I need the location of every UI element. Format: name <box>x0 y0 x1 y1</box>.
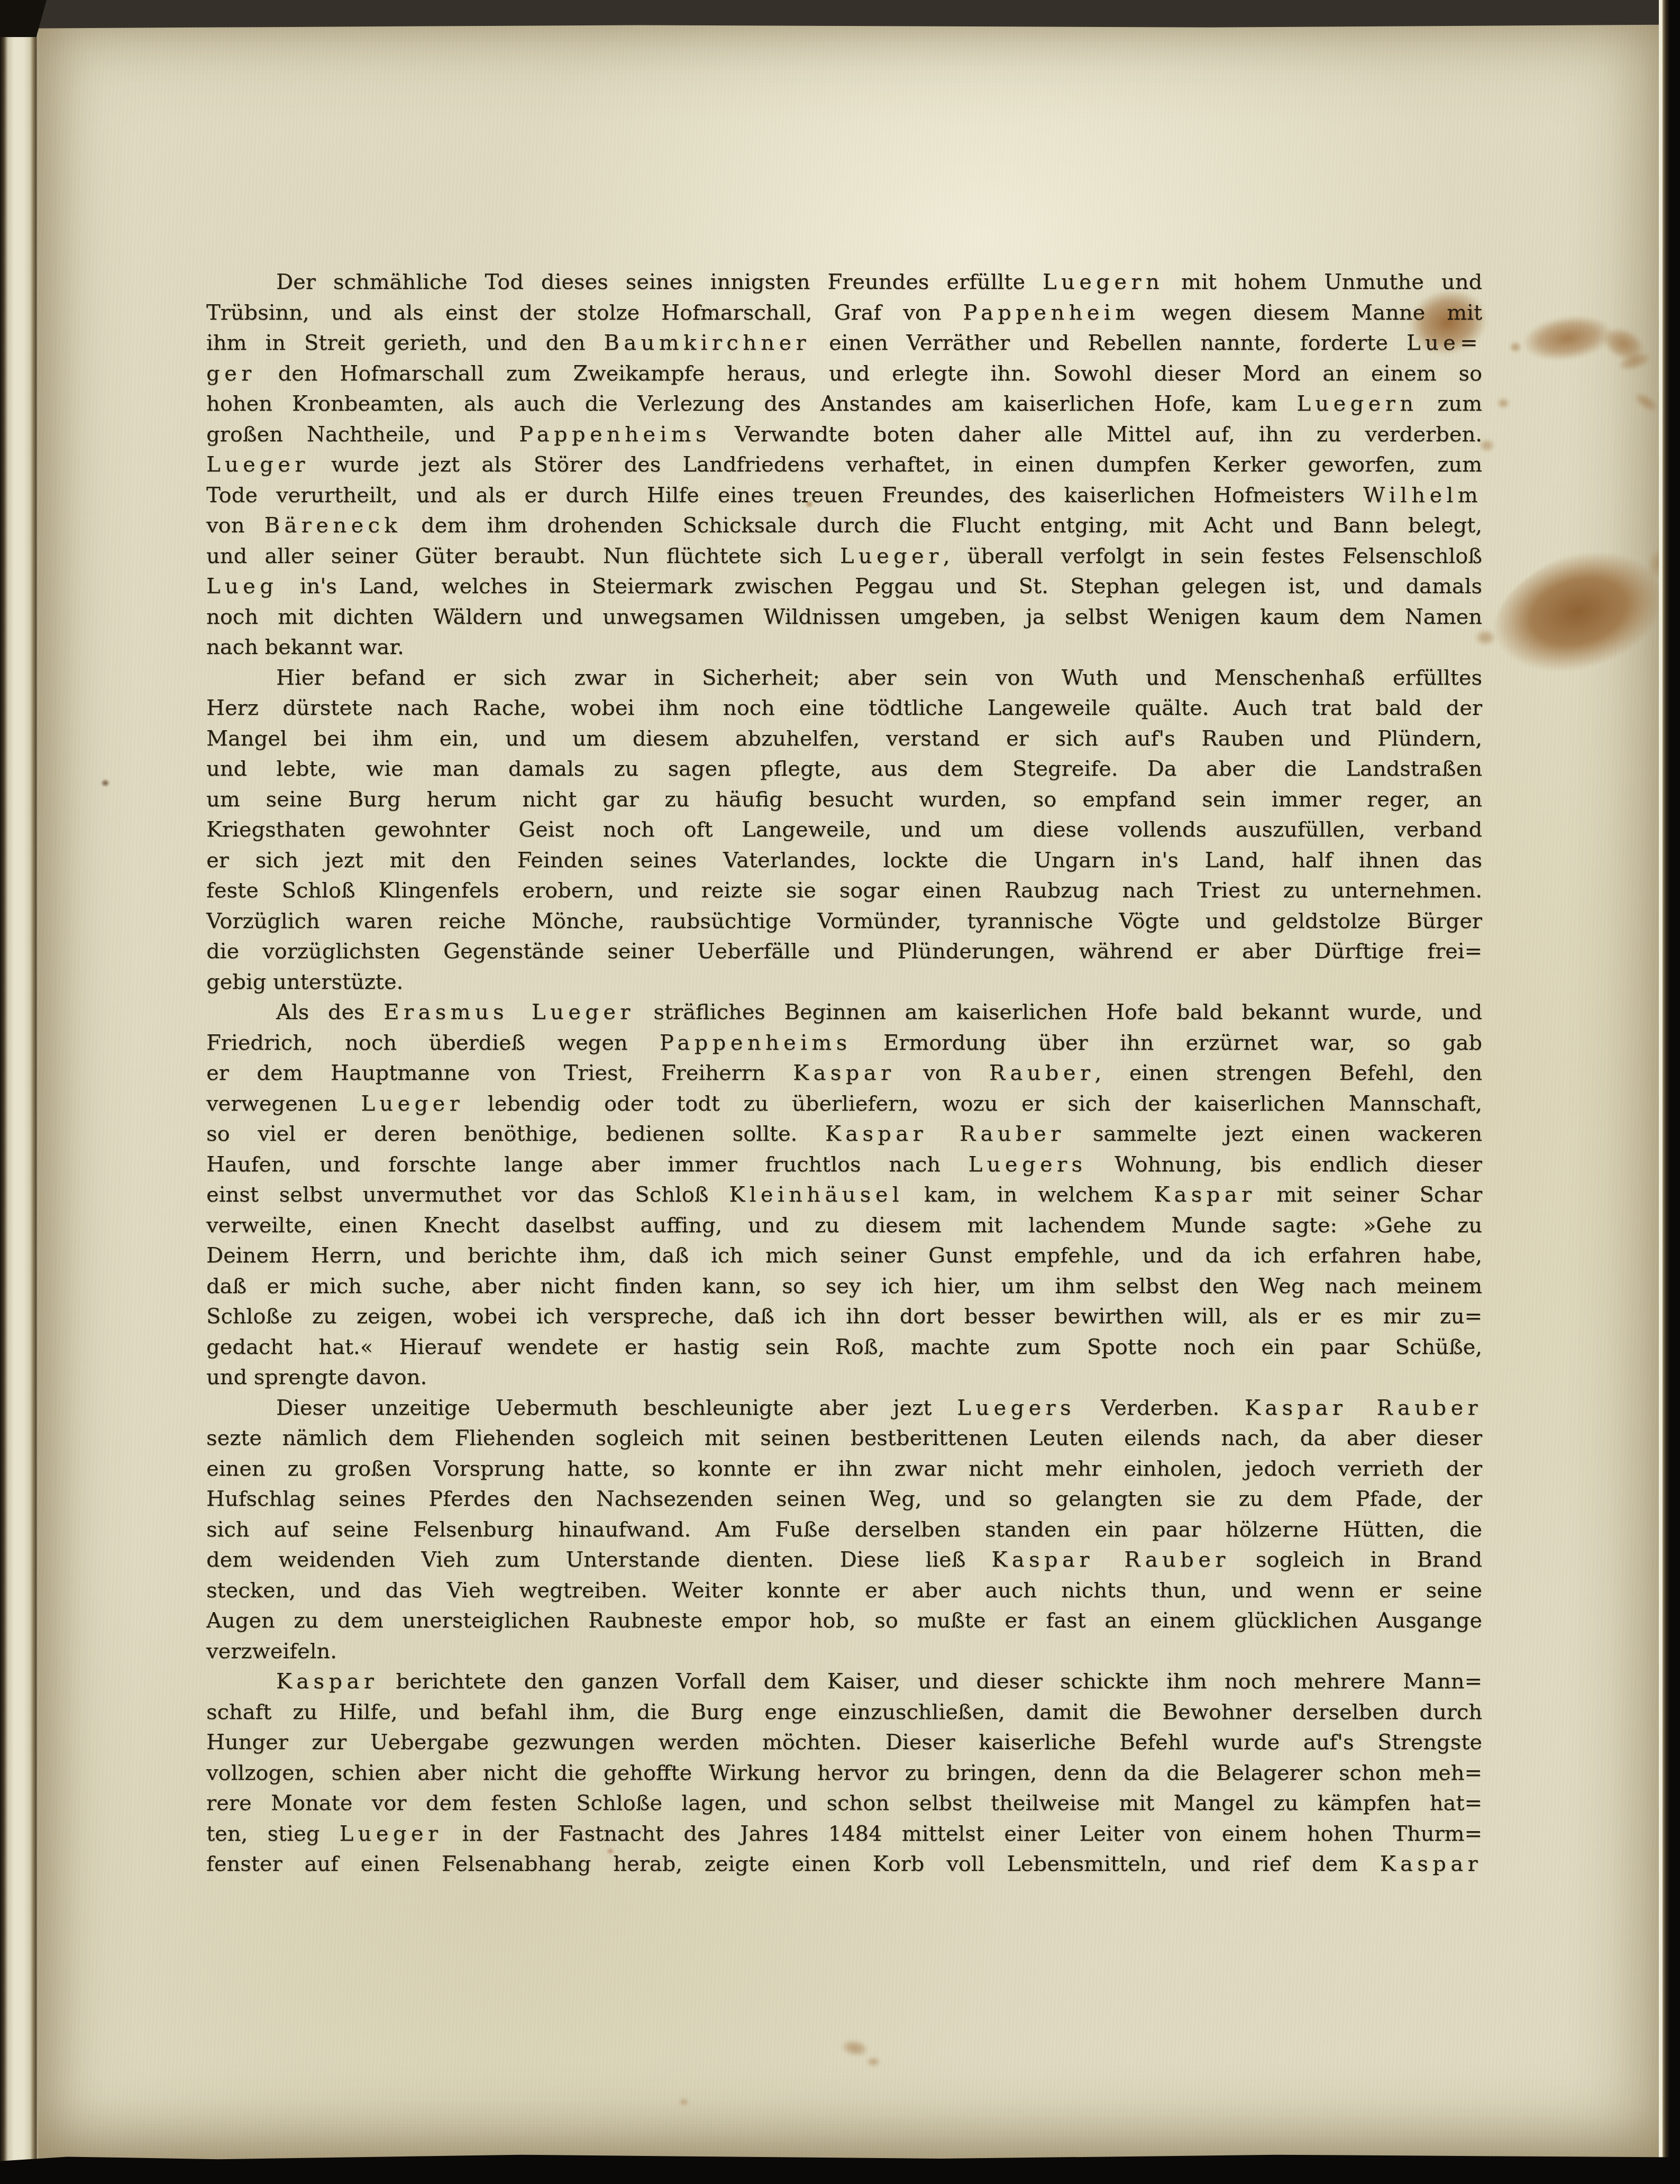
text-line: gebig unterstüzte. <box>206 967 1482 998</box>
scanner-edge-top <box>0 0 1680 29</box>
letterspaced-name: Kaspar <box>1380 1852 1482 1876</box>
text-run: sezte nämlich dem Fliehenden sogleich mi… <box>206 1426 1482 1450</box>
text-line: um seine Burg herum nicht gar zu häufig … <box>206 785 1482 815</box>
letterspaced-name: Rauber <box>989 1061 1094 1085</box>
text-run: einst selbst unvermuthet vor das Schloß <box>206 1182 729 1207</box>
text-run: Der schmähliche Tod dieses seines innigs… <box>276 270 1043 294</box>
text-run: dem weidenden Vieh zum Unterstande dient… <box>206 1548 992 1572</box>
text-run: und sprengte davon. <box>206 1365 427 1389</box>
letterspaced-name: Kaspar Rauber <box>1245 1396 1482 1420</box>
text-run: wurde jezt als Störer des Landfriedens v… <box>309 452 1482 477</box>
text-line: gedacht hat.« Hierauf wendete er hastig … <box>206 1332 1482 1363</box>
text-run: Hufschlag seines Pferdes den Nachsezende… <box>206 1487 1482 1511</box>
letterspaced-name: Bäreneck <box>264 513 401 538</box>
text-run: und lebte, wie man damals zu sagen pfleg… <box>206 757 1482 781</box>
text-run: mit hohem Unmuthe und <box>1164 270 1482 294</box>
text-run: zum <box>1418 392 1482 416</box>
letterspaced-name: Pappenheims <box>519 422 711 447</box>
text-line: ihm in Streit gerieth, und den Baumkirch… <box>206 328 1482 359</box>
page-edge-right <box>1659 0 1680 2184</box>
text-run: , einen strengen Befehl, den <box>1094 1061 1482 1085</box>
text-line: Mangel bei ihm ein, und um diesem abzuhe… <box>206 724 1482 754</box>
text-line: nach bekannt war. <box>206 632 1482 663</box>
text-line: verweilte, einen Knecht daselbst auffing… <box>206 1211 1482 1241</box>
text-line: großen Nachtheile, und Pappenheims Verwa… <box>206 420 1482 450</box>
text-run: Hunger zur Uebergabe gezwungen werden mö… <box>206 1730 1482 1754</box>
text-line: einen zu großen Vorsprung hatte, so konn… <box>206 1454 1482 1485</box>
text-run: von <box>895 1061 989 1085</box>
text-run: , überall verfolgt in sein festes Felsen… <box>943 544 1482 568</box>
text-run: verwegenen <box>206 1091 361 1116</box>
text-run: in's Land, welches in Steiermark zwische… <box>278 574 1482 598</box>
text-run: die vorzüglichsten Gegenstände seiner Ue… <box>206 939 1482 963</box>
text-run: Ermordung über ihn erzürnet war, so gab <box>852 1031 1482 1055</box>
text-line: von Bäreneck dem ihm drohenden Schicksal… <box>206 511 1482 541</box>
text-run: gedacht hat.« Hierauf wendete er hastig … <box>206 1335 1482 1359</box>
text-run: rere Monate vor dem festen Schloße lagen… <box>206 1791 1482 1815</box>
text-run: verzweifeln. <box>206 1639 337 1663</box>
text-run: Deinem Herrn, und berichte ihm, daß ich … <box>206 1243 1482 1268</box>
text-line: Trübsinn, und als einst der stolze Hofma… <box>206 298 1482 329</box>
text-line: stecken, und das Vieh wegtreiben. Weiter… <box>206 1576 1482 1606</box>
text-line: Lueg in's Land, welches in Steiermark zw… <box>206 571 1482 602</box>
text-run: Friedrich, noch überdieß wegen <box>206 1031 660 1055</box>
text-line: daß er mich suche, aber nicht finden kan… <box>206 1271 1482 1302</box>
letterspaced-name: Kaspar <box>793 1061 895 1085</box>
text-line: so viel er deren benöthige, bedienen sol… <box>206 1119 1482 1150</box>
text-run: Vorzüglich waren reiche Mönche, raubsüch… <box>206 909 1482 933</box>
text-run: und aller seiner Güter beraubt. Nun flüc… <box>206 544 840 568</box>
text-line: und aller seiner Güter beraubt. Nun flüc… <box>206 541 1482 572</box>
text-run: Haufen, und forschte lange aber immer fr… <box>206 1152 969 1177</box>
text-run: einen Verräther und Rebellen nannte, for… <box>810 331 1407 355</box>
text-run: dem ihm drohenden Schicksale durch die F… <box>401 513 1482 538</box>
letterspaced-name: Kaspar Rauber <box>992 1548 1230 1572</box>
text-line: die vorzüglichsten Gegenstände seiner Ue… <box>206 936 1482 967</box>
text-run: berichtete den ganzen Vorfall dem Kaiser… <box>378 1669 1482 1694</box>
text-run: Verderben. <box>1075 1396 1245 1420</box>
letterspaced-name: Wilhelm <box>1363 483 1482 507</box>
text-run: um seine Burg herum nicht gar zu häufig … <box>206 787 1482 812</box>
text-line: Als des Erasmus Lueger sträfliches Begin… <box>206 997 1482 1028</box>
text-run: lebendig oder todt zu überliefern, wozu … <box>464 1091 1482 1116</box>
letterspaced-name: Pappenheims <box>660 1031 852 1055</box>
letterspaced-name: Kaspar <box>1154 1182 1256 1207</box>
text-line: vollzogen, schien aber nicht die gehofft… <box>206 1758 1482 1789</box>
text-line: Vorzüglich waren reiche Mönche, raubsüch… <box>206 906 1482 937</box>
text-line: Haufen, und forschte lange aber immer fr… <box>206 1150 1482 1180</box>
text-line: Schloße zu zeigen, wobei ich verspreche,… <box>206 1302 1482 1332</box>
text-run: mit seiner Schar <box>1256 1182 1482 1207</box>
text-run: stecken, und das Vieh wegtreiben. Weiter… <box>206 1578 1482 1603</box>
letterspaced-name: Lueg <box>206 574 278 598</box>
text-run: in der Fastnacht des Jahres 1484 mittels… <box>442 1822 1482 1846</box>
text-line: Lueger wurde jezt als Störer des Landfri… <box>206 450 1482 480</box>
text-block: Der schmähliche Tod dieses seines innigs… <box>206 267 1482 1880</box>
text-run: gebig unterstüzte. <box>206 970 403 994</box>
ink-speck <box>679 2098 689 2106</box>
text-line: dem weidenden Vieh zum Unterstande dient… <box>206 1545 1482 1576</box>
letterspaced-name: Luegers <box>957 1396 1075 1420</box>
binding-edge <box>0 0 38 2184</box>
text-run: kam, in welchem <box>903 1182 1154 1207</box>
ink-speck <box>101 779 110 787</box>
letterspaced-name: Lueger <box>340 1822 443 1846</box>
letterspaced-name: Lueger <box>840 544 943 568</box>
text-run: den Hofmarschall zum Zweikampfe heraus, … <box>256 361 1482 386</box>
text-line: ger den Hofmarschall zum Zweikampfe hera… <box>206 359 1482 389</box>
text-run: er dem Hauptmanne von Triest, Freiherrn <box>206 1061 793 1085</box>
text-run: nach bekannt war. <box>206 635 404 659</box>
text-line: feste Schloß Klingenfels erobern, und re… <box>206 876 1482 906</box>
text-line: verzweifeln. <box>206 1636 1482 1667</box>
ink-speck <box>866 2057 880 2067</box>
text-run: Schloße zu zeigen, wobei ich verspreche,… <box>206 1304 1482 1328</box>
text-run: wegen diesem Manne mit <box>1139 301 1482 325</box>
text-run: Tode verurtheilt, und als er durch Hilfe… <box>206 483 1363 507</box>
book-scan: Der schmähliche Tod dieses seines innigs… <box>0 0 1680 2184</box>
text-run: so viel er deren benöthige, bedienen sol… <box>206 1122 825 1146</box>
letterspaced-name: Lue= <box>1407 331 1482 355</box>
letterspaced-name: Luegern <box>1296 392 1418 416</box>
text-run: verweilte, einen Knecht daselbst auffing… <box>206 1213 1482 1237</box>
text-line: Friedrich, noch überdieß wegen Pappenhei… <box>206 1028 1482 1059</box>
text-run: noch mit dichten Wäldern und unwegsamen … <box>206 605 1482 629</box>
text-line: Dieser unzeitige Uebermuth beschleunigte… <box>206 1393 1482 1424</box>
text-run: Verwandte boten daher alle Mittel auf, i… <box>711 422 1482 447</box>
text-run: Augen zu dem unersteiglichen Raubneste e… <box>206 1608 1482 1633</box>
text-run: einen zu großen Vorsprung hatte, so konn… <box>206 1457 1482 1481</box>
text-line: Kriegsthaten gewohnter Geist noch oft La… <box>206 815 1482 845</box>
text-line: und lebte, wie man damals zu sagen pfleg… <box>206 754 1482 785</box>
text-run: Kriegsthaten gewohnter Geist noch oft La… <box>206 817 1482 842</box>
letterspaced-name: Baumkirchner <box>604 331 810 355</box>
text-line: er dem Hauptmanne von Triest, Freiherrn … <box>206 1058 1482 1089</box>
letterspaced-name: Lueger <box>206 452 309 477</box>
text-line: Der schmähliche Tod dieses seines innigs… <box>206 267 1482 298</box>
letterspaced-name: Erasmus Lueger <box>384 1000 635 1024</box>
text-line: Augen zu dem unersteiglichen Raubneste e… <box>206 1606 1482 1636</box>
text-line: verwegenen Lueger lebendig oder todt zu … <box>206 1089 1482 1120</box>
text-line: Hufschlag seines Pferdes den Nachsezende… <box>206 1484 1482 1515</box>
text-run: daß er mich suche, aber nicht finden kan… <box>206 1274 1482 1298</box>
text-line: sich auf seine Felsenburg hinaufwand. Am… <box>206 1515 1482 1545</box>
ink-stain <box>1510 342 1521 352</box>
letterspaced-name: Kaspar <box>276 1669 378 1694</box>
text-run: hohen Kronbeamten, als auch die Verlezun… <box>206 392 1296 416</box>
text-run: Dieser unzeitige Uebermuth beschleunigte… <box>276 1396 957 1420</box>
text-run: sammelte jezt einen wackeren <box>1065 1122 1482 1146</box>
letterspaced-name: ger <box>206 361 256 386</box>
letterspaced-name: Luegern <box>1043 270 1164 294</box>
text-run: schaft zu Hilfe, und befahl ihm, die Bur… <box>206 1700 1482 1724</box>
text-run: fenster auf einen Felsenabhang herab, ze… <box>206 1852 1380 1876</box>
text-run: Hier befand er sich zwar in Sicherheit; … <box>276 666 1482 690</box>
ink-stain <box>1497 398 1510 408</box>
text-run: sich auf seine Felsenburg hinaufwand. Am… <box>206 1517 1482 1542</box>
text-run: von <box>206 513 264 538</box>
text-run: Trübsinn, und als einst der stolze Hofma… <box>206 301 963 325</box>
letterspaced-name: Pappenheim <box>963 301 1140 325</box>
text-line: Herz dürstete nach Rache, wobei ihm noch… <box>206 693 1482 724</box>
text-line: Hunger zur Uebergabe gezwungen werden mö… <box>206 1727 1482 1758</box>
text-run: Mangel bei ihm ein, und um diesem abzuhe… <box>206 726 1482 751</box>
text-line: hohen Kronbeamten, als auch die Verlezun… <box>206 389 1482 420</box>
text-run: feste Schloß Klingenfels erobern, und re… <box>206 878 1482 903</box>
text-line: ten, stieg Lueger in der Fastnacht des J… <box>206 1819 1482 1850</box>
text-line: Deinem Herrn, und berichte ihm, daß ich … <box>206 1241 1482 1271</box>
text-run: er sich jezt mit den Feinden seines Vate… <box>206 848 1482 872</box>
text-run: sogleich in Brand <box>1230 1548 1482 1572</box>
text-run: ten, stieg <box>206 1822 340 1846</box>
letterspaced-name: Lueger <box>361 1091 464 1116</box>
text-line: fenster auf einen Felsenabhang herab, ze… <box>206 1849 1482 1880</box>
letterspaced-name: Luegers <box>969 1152 1087 1177</box>
text-run: Als des <box>276 1000 384 1024</box>
text-line: Kaspar berichtete den ganzen Vorfall dem… <box>206 1667 1482 1697</box>
letterspaced-name: Kleinhäusel <box>729 1182 903 1207</box>
text-run: vollzogen, schien aber nicht die gehofft… <box>206 1761 1482 1785</box>
text-line: sezte nämlich dem Fliehenden sogleich mi… <box>206 1423 1482 1454</box>
text-line: und sprengte davon. <box>206 1362 1482 1393</box>
text-line: noch mit dichten Wäldern und unwegsamen … <box>206 602 1482 633</box>
text-run: Wohnung, bis endlich dieser <box>1086 1152 1482 1177</box>
text-line: rere Monate vor dem festen Schloße lagen… <box>206 1788 1482 1819</box>
text-line: Tode verurtheilt, und als er durch Hilfe… <box>206 480 1482 511</box>
letterspaced-name: Kaspar Rauber <box>825 1122 1065 1146</box>
text-run: großen Nachtheile, und <box>206 422 519 447</box>
text-line: er sich jezt mit den Feinden seines Vate… <box>206 845 1482 876</box>
text-run: ihm in Streit gerieth, und den <box>206 331 604 355</box>
text-line: einst selbst unvermuthet vor das Schloß … <box>206 1180 1482 1211</box>
text-line: Hier befand er sich zwar in Sicherheit; … <box>206 663 1482 694</box>
text-line: schaft zu Hilfe, und befahl ihm, die Bur… <box>206 1697 1482 1728</box>
text-run: Herz dürstete nach Rache, wobei ihm noch… <box>206 696 1482 720</box>
text-run: sträfliches Beginnen am kaiserlichen Hof… <box>635 1000 1482 1024</box>
